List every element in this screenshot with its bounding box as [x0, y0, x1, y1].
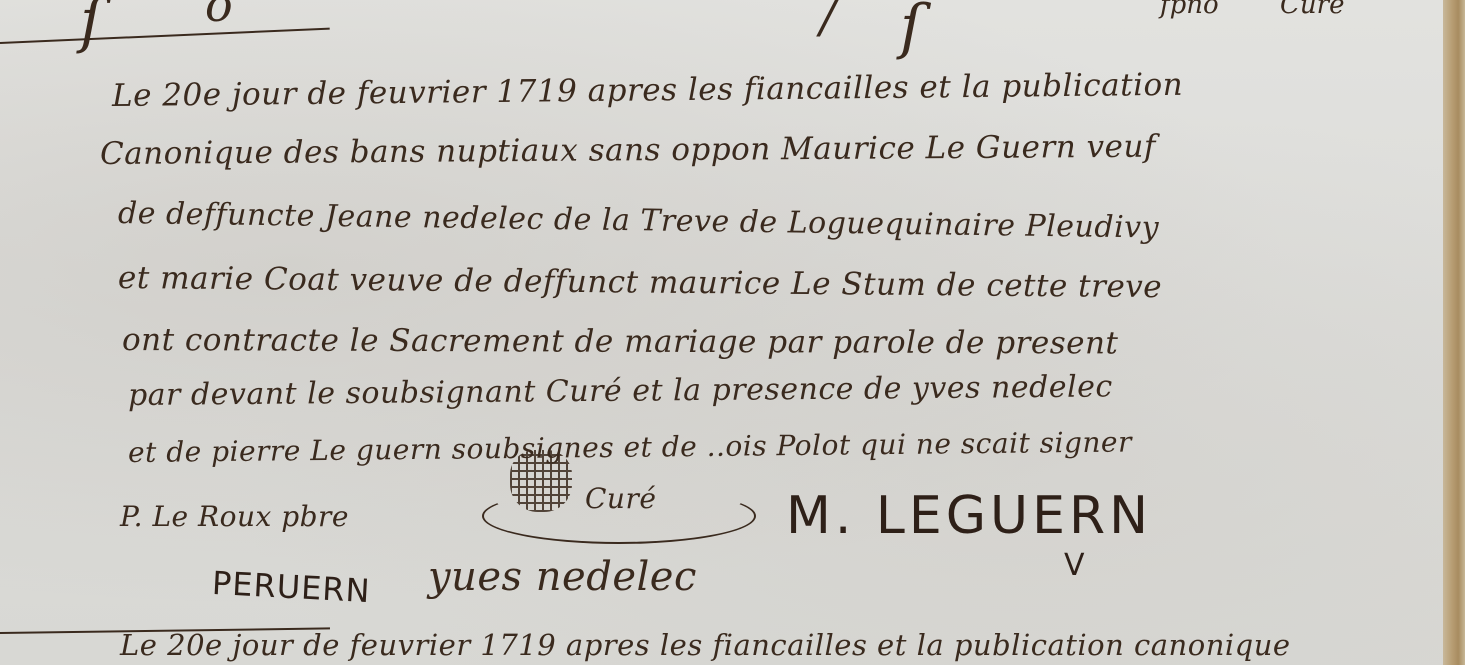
entry-line-6: par devant le soubsignant Curé et la pre… [128, 369, 1113, 413]
cure-signature: Curé [585, 482, 656, 515]
entry-line-3: de deffuncte Jeane nedelec de la Treve d… [118, 196, 1160, 246]
previous-entry-cure-signature: Curé [1280, 0, 1344, 20]
previous-entry-loop: o [205, 0, 233, 32]
entry-line-2: Canonique des bans nuptiaux sans oppon M… [100, 129, 1156, 172]
groom-signature-subscript: V [1064, 548, 1085, 583]
book-binding-edge [1443, 0, 1465, 665]
groom-signature-le-guern: M. LEGUERN [786, 486, 1152, 546]
previous-entry-flourish: ſ [80, 0, 102, 56]
previous-entry-signature-fragment: fpno [1160, 0, 1219, 20]
previous-entry-stroke: / [820, 0, 836, 44]
entry-line-4: et marie Coat veuve de deffunct maurice … [118, 260, 1162, 305]
entry-line-7: et de pierre Le guern soubsignes et de .… [128, 425, 1132, 469]
previous-entry-stroke-2: ſ [900, 0, 922, 62]
entry-line-5: ont contracte le Sacrement de mariage pa… [122, 322, 1119, 361]
manuscript-page: ſ o / ſ fpno Curé Le 20e jour de feuvrie… [0, 0, 1465, 665]
witness-signature-peruern: PERUERN [211, 564, 371, 610]
witness-signature-yves-nedelec: yues nedelec [428, 554, 697, 600]
previous-entry-separator-rule [0, 28, 330, 44]
priest-signature: P. Le Roux pbre [120, 500, 349, 533]
next-entry-line-1: Le 20e jour de feuvrier 1719 apres les f… [120, 628, 1291, 662]
entry-line-1: Le 20e jour de feuvrier 1719 apres les f… [112, 67, 1184, 114]
